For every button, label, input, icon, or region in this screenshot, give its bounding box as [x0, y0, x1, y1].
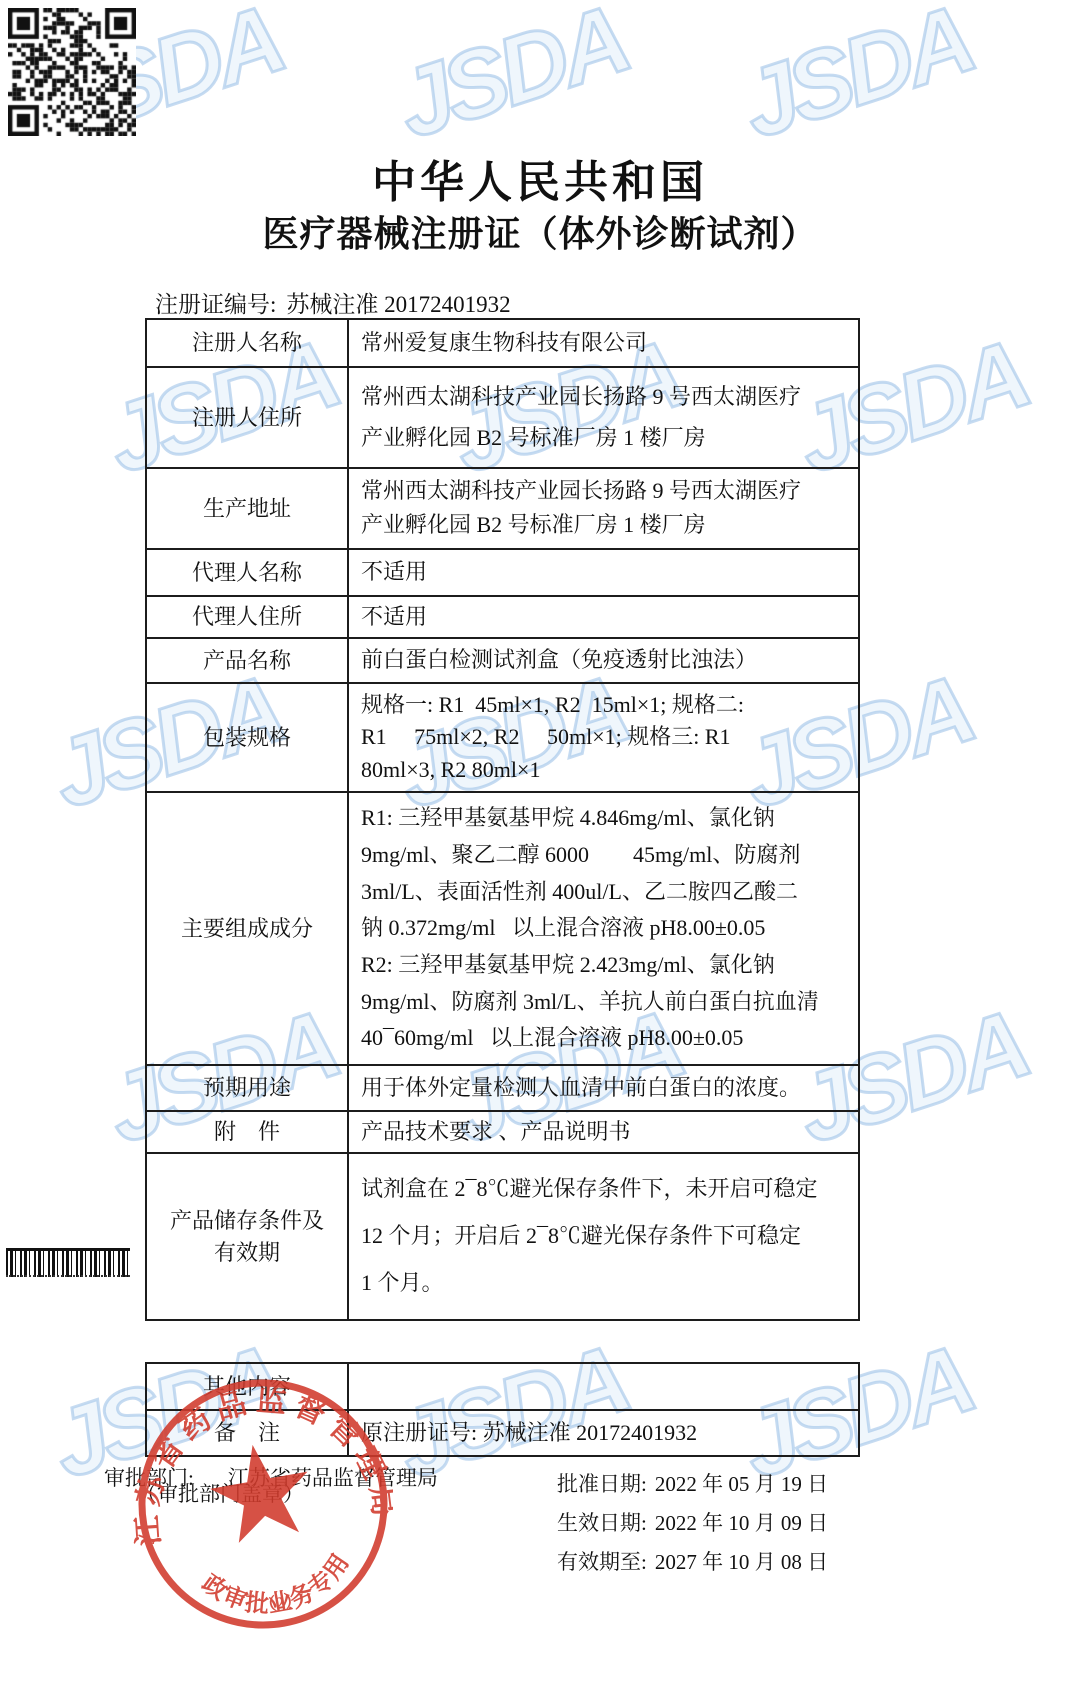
row-value: 不适用	[347, 597, 858, 637]
watermark-text: JSDA	[384, 0, 639, 161]
table-row-registrant-name: 注册人名称 常州爱复康生物科技有限公司	[147, 320, 858, 366]
approval-date-line: 批准日期:2022 年 05 月 19 日	[557, 1468, 828, 1498]
table-row-agent-name: 代理人名称 不适用	[147, 548, 858, 595]
row-value: 用于体外定量检测人血清中前白蛋白的浓度。	[347, 1066, 858, 1110]
row-label: 附 件	[147, 1112, 347, 1152]
row-label: 注册人名称	[147, 320, 347, 366]
row-value: 常州爱复康生物科技有限公司	[347, 320, 858, 366]
table-row-registrant-address: 注册人住所 常州西太湖科技产业园长扬路 9 号西太湖医疗 产业孵化园 B2 号标…	[147, 366, 858, 467]
row-value: 产品技术要求 、产品说明书	[347, 1112, 858, 1152]
expiry-date-value: 2027 年 10 月 08 日	[655, 1550, 828, 1574]
effective-date-line: 生效日期:2022 年 10 月 09 日	[557, 1507, 828, 1537]
row-label: 代理人名称	[147, 550, 347, 595]
row-value: 原注册证号: 苏械注准 20172401932	[347, 1411, 858, 1455]
qr-code	[8, 8, 136, 136]
table-row-agent-address: 代理人住所 不适用	[147, 595, 858, 637]
registration-number-value: 苏械注准 20172401932	[286, 292, 510, 317]
date-block: 批准日期:2022 年 05 月 19 日 生效日期:2022 年 10 月 0…	[557, 1468, 828, 1585]
table-row-packaging-spec: 包装规格 规格一: R1 45ml×1, R2 15ml×1; 规格二: R1 …	[147, 682, 858, 791]
expiry-date-line: 有效期至:2027 年 10 月 08 日	[557, 1546, 828, 1576]
row-value: 前白蛋白检测试剂盒（免疫透射比浊法）	[347, 639, 858, 682]
approval-date-value: 2022 年 05 月 19 日	[655, 1472, 828, 1496]
row-value: 常州西太湖科技产业园长扬路 9 号西太湖医疗 产业孵化园 B2 号标准厂房 1 …	[347, 368, 858, 467]
row-label: 预期用途	[147, 1066, 347, 1110]
row-label: 注册人住所	[147, 368, 347, 467]
row-value: 试剂盒在 2¯8℃避光保存条件下，未开启可稳定 12 个月；开启后 2¯8℃避光…	[347, 1154, 858, 1319]
table-row-production-address: 生产地址 常州西太湖科技产业园长扬路 9 号西太湖医疗 产业孵化园 B2 号标准…	[147, 467, 858, 548]
star-icon	[204, 1436, 318, 1546]
table-row-main-components: 主要组成成分 R1: 三羟甲基氨基甲烷 4.846mg/ml、氯化钠 9mg/m…	[147, 791, 858, 1064]
approval-seal: 江苏省药品监督管理局 行政审批业务专用章 （2）	[133, 1372, 393, 1642]
registration-number-line: 注册证编号:苏械注准 20172401932	[155, 286, 511, 319]
row-value: 不适用	[347, 550, 858, 595]
row-label: 产品名称	[147, 639, 347, 682]
watermark-text: JSDA	[729, 0, 984, 161]
registration-number-label: 注册证编号:	[155, 292, 276, 317]
row-value	[347, 1364, 858, 1409]
row-label: 生产地址	[147, 469, 347, 548]
table-row-attachments: 附 件 产品技术要求 、产品说明书	[147, 1110, 858, 1152]
row-value: 规格一: R1 45ml×1, R2 15ml×1; 规格二: R1 75ml×…	[347, 684, 858, 791]
table-row-product-name: 产品名称 前白蛋白检测试剂盒（免疫透射比浊法）	[147, 637, 858, 682]
certificate-page: JSDAJSDAJSDAJSDAJSDAJSDAJSDAJSDAJSDAJSDA…	[0, 0, 1080, 1698]
expiry-date-label: 有效期至:	[557, 1550, 647, 1574]
page-title-certificate: 医疗器械注册证（体外诊断试剂）	[0, 206, 1080, 257]
mini-barcode	[6, 1248, 130, 1277]
table-row-storage-conditions: 产品储存条件及有效期 试剂盒在 2¯8℃避光保存条件下，未开启可稳定 12 个月…	[147, 1152, 858, 1319]
row-value: 常州西太湖科技产业园长扬路 9 号西太湖医疗 产业孵化园 B2 号标准厂房 1 …	[347, 469, 858, 548]
effective-date-label: 生效日期:	[557, 1511, 647, 1535]
row-label: 包装规格	[147, 684, 347, 791]
row-label: 主要组成成分	[147, 793, 347, 1064]
row-value: R1: 三羟甲基氨基甲烷 4.846mg/ml、氯化钠 9mg/ml、聚乙二醇 …	[347, 793, 858, 1064]
certificate-table: 注册人名称 常州爱复康生物科技有限公司 注册人住所 常州西太湖科技产业园长扬路 …	[145, 318, 860, 1321]
row-label: 产品储存条件及有效期	[147, 1154, 347, 1319]
page-title-country: 中华人民共和国	[0, 146, 1080, 210]
row-label: 代理人住所	[147, 597, 347, 637]
effective-date-value: 2022 年 10 月 09 日	[655, 1511, 828, 1535]
approval-date-label: 批准日期:	[557, 1472, 647, 1496]
table-row-intended-use: 预期用途 用于体外定量检测人血清中前白蛋白的浓度。	[147, 1064, 858, 1110]
